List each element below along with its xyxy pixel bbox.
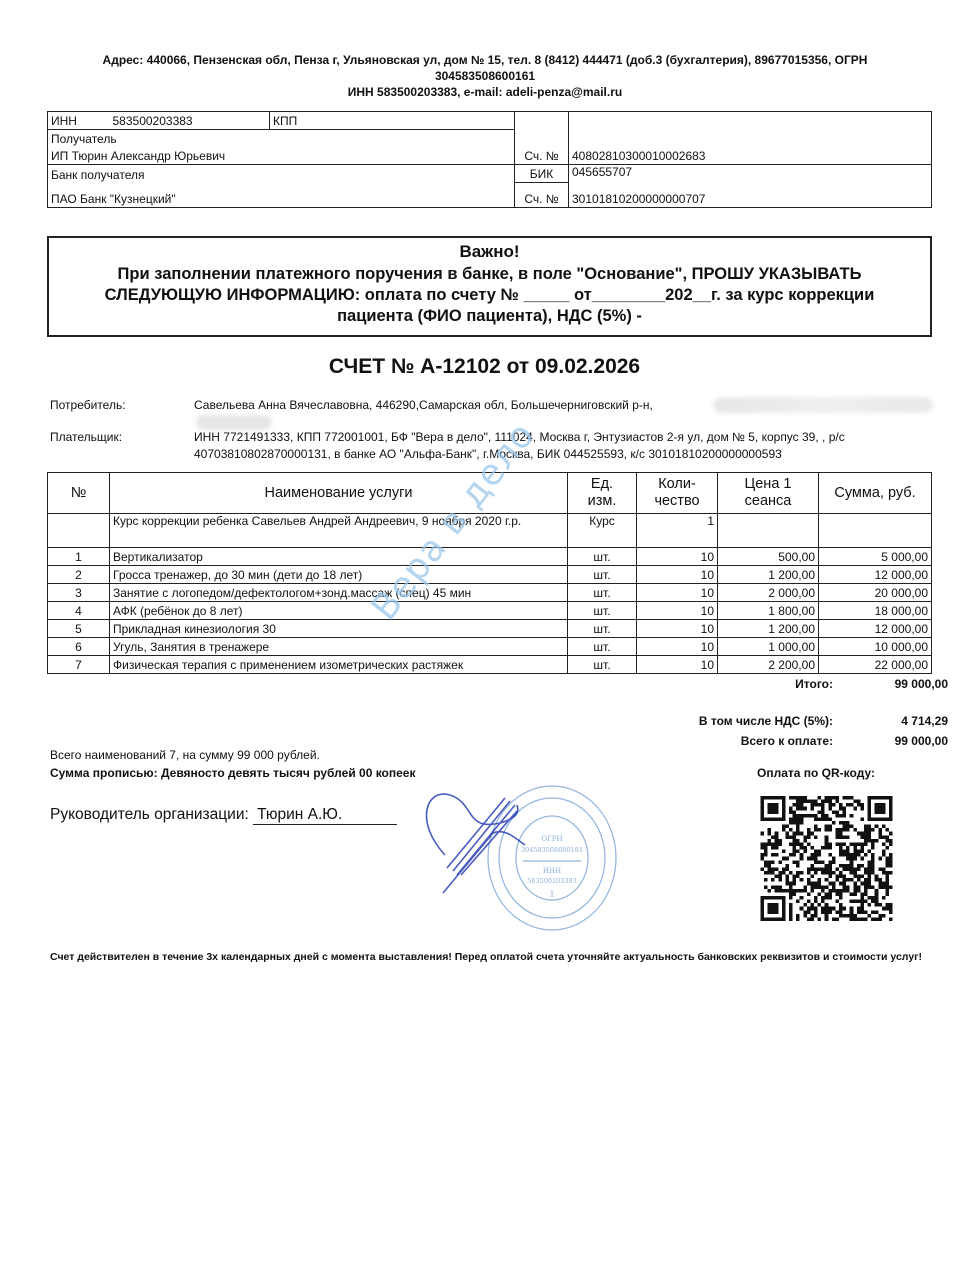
- col-price: Цена 1сеанса: [718, 473, 819, 514]
- table-row: 1Вертикализаторшт.10500,005 000,00: [48, 548, 932, 566]
- table-row: 3Занятие с логопедом/дефектологом+зонд.м…: [48, 584, 932, 602]
- inn-email-line: ИНН 583500203383, e-mail: adeli-penza@ma…: [40, 84, 930, 100]
- cell-price: 1 200,00: [718, 566, 819, 584]
- empty-cell: [515, 112, 569, 130]
- vat-row: В том числе НДС (5%): 4 714,29: [572, 711, 949, 731]
- cell-sum: 5 000,00: [819, 548, 932, 566]
- cell-qty: 10: [637, 620, 718, 638]
- col-unit-l1: Ед.: [591, 476, 613, 492]
- cell-num: [48, 514, 110, 548]
- inn-label: ИНН: [48, 112, 110, 130]
- director-name: Тюрин А.Ю.: [253, 806, 397, 825]
- stamp-ogrn-label: ОГРН: [541, 835, 562, 843]
- cell-num: 4: [48, 602, 110, 620]
- cell-unit: шт.: [568, 584, 637, 602]
- cell-sum: 18 000,00: [819, 602, 932, 620]
- cell-name: Гросса тренажер, до 30 мин (дети до 18 л…: [110, 566, 568, 584]
- table-row: 2Гросса тренажер, до 30 мин (дети до 18 …: [48, 566, 932, 584]
- col-price-l2: сеанса: [745, 493, 792, 509]
- corr-account-label: Сч. №: [515, 183, 569, 208]
- cell-price: 500,00: [718, 548, 819, 566]
- cell-price: 1 800,00: [718, 602, 819, 620]
- col-qty: Коли-чество: [637, 473, 718, 514]
- qr-label: Оплата по QR-коду:: [757, 766, 875, 780]
- col-unit: Ед.изм.: [568, 473, 637, 514]
- important-notice: Важно! При заполнении платежного поручен…: [47, 236, 932, 337]
- address-line: Адрес: 440066, Пензенская обл, Пенза г, …: [40, 52, 930, 68]
- redacted-blur: [713, 397, 933, 413]
- stamp-ogrn-value: 304583508600181: [521, 846, 583, 854]
- total-label: Итого:: [572, 676, 847, 692]
- cell-qty: 10: [637, 656, 718, 674]
- payer-line: ИНН 7721491333, КПП 772001001, БФ "Вера …: [194, 429, 934, 446]
- ogrn-line: 304583508600161: [40, 68, 930, 84]
- col-num: №: [48, 473, 110, 514]
- col-price-l1: Цена 1: [745, 476, 792, 492]
- recipient-label: Получатель: [48, 130, 515, 148]
- bik-value: 045655707: [569, 165, 932, 183]
- vat-block: В том числе НДС (5%): 4 714,29 Всего к о…: [572, 711, 949, 751]
- table-row: 6Угуль, Занятия в тренажерешт.101 000,00…: [48, 638, 932, 656]
- table-row: 5Прикладная кинезиология 30шт.101 200,00…: [48, 620, 932, 638]
- items-count-summary: Всего наименований 7, на сумму 99 000 ру…: [50, 748, 320, 762]
- redacted-blur: [196, 415, 272, 430]
- empty-cell: [515, 130, 569, 148]
- cell-num: 1: [48, 548, 110, 566]
- seal-stamp-icon: ОГРН 304583508600181 ИНН 583500203383 1: [405, 783, 645, 933]
- cell-qty: 10: [637, 566, 718, 584]
- recipient-name: ИП Тюрин Александр Юрьевич: [48, 147, 515, 165]
- corr-account-value: 30101810200000000707: [569, 183, 932, 208]
- cell-name: Прикладная кинезиология 30: [110, 620, 568, 638]
- grand-total-label: Всего к оплате:: [572, 731, 847, 751]
- col-unit-l2: изм.: [588, 493, 617, 509]
- total-value: 99 000,00: [847, 676, 949, 692]
- cell-unit: шт.: [568, 602, 637, 620]
- grand-total-value: 99 000,00: [847, 731, 949, 751]
- cell-num: 6: [48, 638, 110, 656]
- account-label: Сч. №: [515, 147, 569, 165]
- account-value: 40802810300010002683: [569, 147, 932, 165]
- notice-line: пациента (ФИО пациента), НДС (5%) -: [49, 306, 930, 327]
- col-qty-l2: чество: [654, 493, 699, 509]
- notice-line: СЛЕДУЮЩУЮ ИНФОРМАЦИЮ: оплата по счету № …: [49, 285, 930, 306]
- cell-price: 2 200,00: [718, 656, 819, 674]
- cell-qty: 1: [637, 514, 718, 548]
- cell-sum: 10 000,00: [819, 638, 932, 656]
- cell-price: [718, 514, 819, 548]
- cell-price: 1 200,00: [718, 620, 819, 638]
- amount-in-words: Сумма прописью: Девяносто девять тысяч р…: [50, 766, 415, 780]
- cell-name: АФК (ребёнок до 8 лет): [110, 602, 568, 620]
- bank-details-table: ИНН 583500203383 КПП Получатель ИП Тюрин…: [47, 111, 932, 208]
- cell-unit: шт.: [568, 548, 637, 566]
- notice-line: При заполнении платежного поручения в ба…: [49, 264, 930, 285]
- cell-sum: 12 000,00: [819, 620, 932, 638]
- totals-block: Итого: 99 000,00: [572, 676, 949, 692]
- cell-sum: 12 000,00: [819, 566, 932, 584]
- director-label: Руководитель организации:: [50, 806, 249, 823]
- cell-unit: шт.: [568, 638, 637, 656]
- cell-qty: 10: [637, 584, 718, 602]
- cell-name: Угуль, Занятия в тренажере: [110, 638, 568, 656]
- payment-qr-code: [760, 796, 893, 921]
- cell-qty: 10: [637, 602, 718, 620]
- cell-unit: шт.: [568, 620, 637, 638]
- cell-num: 2: [48, 566, 110, 584]
- consumer-label: Потребитель:: [50, 398, 126, 412]
- cell-price: 1 000,00: [718, 638, 819, 656]
- validity-note: Счет действителен в течение 3х календарн…: [50, 950, 930, 964]
- col-sum: Сумма, руб.: [819, 473, 932, 514]
- cell-unit: Курс: [568, 514, 637, 548]
- cell-name: Курс коррекции ребенка Савельев Андрей А…: [110, 514, 568, 548]
- payer-label: Плательщик:: [50, 430, 122, 444]
- cell-name: Вертикализатор: [110, 548, 568, 566]
- notice-title: Важно!: [49, 241, 930, 262]
- empty-cell: [569, 112, 932, 130]
- grand-total-row: Всего к оплате: 99 000,00: [572, 731, 949, 751]
- invoice-title: СЧЕТ № А-12102 от 09.02.2026: [0, 355, 969, 379]
- kpp-label: КПП: [270, 112, 515, 130]
- vat-value: 4 714,29: [847, 711, 949, 731]
- cell-num: 3: [48, 584, 110, 602]
- table-row: 7Физическая терапия с применением изомет…: [48, 656, 932, 674]
- bank-name: ПАО Банк "Кузнецкий": [48, 183, 515, 208]
- cell-name: Физическая терапия с применением изометр…: [110, 656, 568, 674]
- cell-sum: 20 000,00: [819, 584, 932, 602]
- inn-value: 583500203383: [110, 112, 270, 130]
- total-row: Итого: 99 000,00: [572, 676, 949, 692]
- cell-sum: 22 000,00: [819, 656, 932, 674]
- bank-label: Банк получателя: [48, 165, 515, 183]
- stamp-inn-label: ИНН: [543, 867, 561, 875]
- cell-qty: 10: [637, 638, 718, 656]
- cell-num: 5: [48, 620, 110, 638]
- bik-label: БИК: [515, 165, 569, 183]
- stamp-number: 1: [549, 890, 554, 899]
- payer-line: 40703810802870000131, в банке АО "Альфа-…: [194, 446, 934, 463]
- cell-num: 7: [48, 656, 110, 674]
- empty-cell: [569, 130, 932, 148]
- cell-qty: 10: [637, 548, 718, 566]
- director-signature: Руководитель организации: Тюрин А.Ю.: [50, 806, 397, 825]
- cell-sum: [819, 514, 932, 548]
- table-row: 4АФК (ребёнок до 8 лет)шт.101 800,0018 0…: [48, 602, 932, 620]
- cell-unit: шт.: [568, 656, 637, 674]
- stamp-inn-value: 583500203383: [527, 877, 577, 885]
- payer-value: ИНН 7721491333, КПП 772001001, БФ "Вера …: [194, 429, 934, 463]
- vat-label: В том числе НДС (5%):: [572, 711, 847, 731]
- col-qty-l1: Коли-: [658, 476, 696, 492]
- cell-name: Занятие с логопедом/дефектологом+зонд.ма…: [110, 584, 568, 602]
- cell-unit: шт.: [568, 566, 637, 584]
- course-row: Курс коррекции ребенка Савельев Андрей А…: [48, 514, 932, 548]
- supplier-address-header: Адрес: 440066, Пензенская обл, Пенза г, …: [40, 52, 930, 100]
- cell-price: 2 000,00: [718, 584, 819, 602]
